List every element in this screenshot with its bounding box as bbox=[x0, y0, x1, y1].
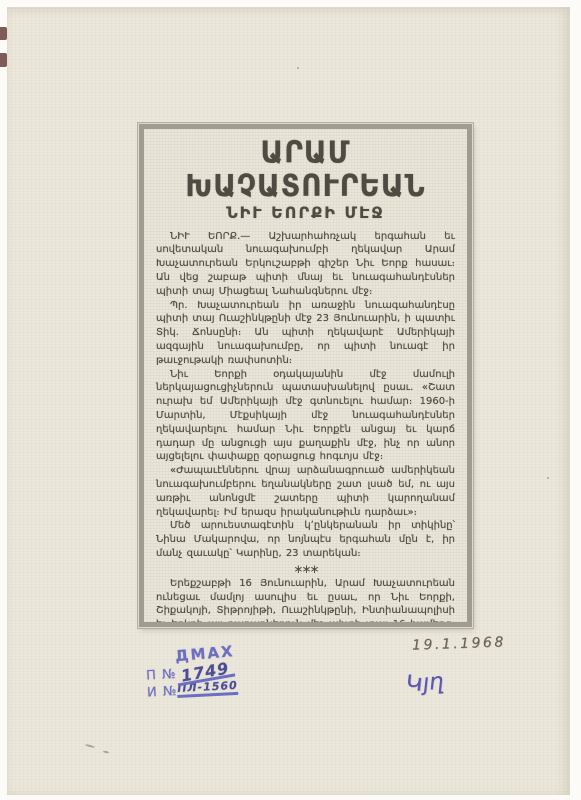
clipping-paragraph: Պր. Խաչատուրեան իր առաջին նուագահանդէսը … bbox=[156, 299, 455, 368]
clipping-paragraph: «Ժապաւէններու վրայ արձանագրուած ամերիկեա… bbox=[156, 464, 455, 519]
clipping-paragraph: ՆԻՒ ԵՈՐՔ.— Աշխարհահռչակ երգահան եւ սովետ… bbox=[156, 230, 455, 299]
clipping-paragraph: Նիւ Եորքի օդակայանին մէջ մամուլի ներկայա… bbox=[156, 368, 455, 465]
asterisk-separator: ∗∗∗ bbox=[156, 562, 455, 576]
scanned-archive-page: { "colors": { "paper": "#ebe7da", "clip_… bbox=[0, 0, 581, 800]
paper-speck bbox=[547, 477, 549, 479]
paper-speck bbox=[297, 67, 299, 69]
clipping-subheadline: ՆԻՒ ԵՈՐՔԻ ՄԷՋ bbox=[156, 203, 455, 222]
clipping-paragraph: Մեծ արուեստագէտին կ՚ընկերանան իր տիկինը՝… bbox=[156, 519, 455, 560]
stamp-label-i: И № bbox=[147, 685, 178, 700]
stamp-label-p: П № bbox=[146, 668, 177, 683]
scan-edge-mark bbox=[0, 27, 7, 40]
newspaper-clipping: ԱՐԱՄ ԽԱՉԱՏՈՒՐԵԱՆ ՆԻՒ ԵՈՐՔԻ ՄԷՋ ՆԻՒ ԵՈՐՔ.… bbox=[139, 124, 472, 627]
handwritten-note: Կյղ bbox=[405, 668, 445, 697]
clipping-paragraph: Երեքշաբթի 16 Յունուարին, Արամ Խաչատուրեա… bbox=[156, 577, 455, 627]
paper-speck bbox=[85, 744, 95, 749]
clipping-body: ՆԻՒ ԵՈՐՔ.— Աշխարհահռչակ երգահան եւ սովետ… bbox=[156, 230, 455, 627]
archive-registration-stamp: ДМАХ П № 1749 И № ПЛ-1560 bbox=[145, 642, 248, 699]
clipping-headline: ԱՐԱՄ ԽԱՉԱՏՈՒՐԵԱՆ bbox=[156, 137, 455, 204]
handwritten-date: 19.1.1968 bbox=[412, 634, 506, 653]
scan-edge-mark bbox=[0, 53, 7, 67]
paper-speck bbox=[103, 750, 109, 753]
